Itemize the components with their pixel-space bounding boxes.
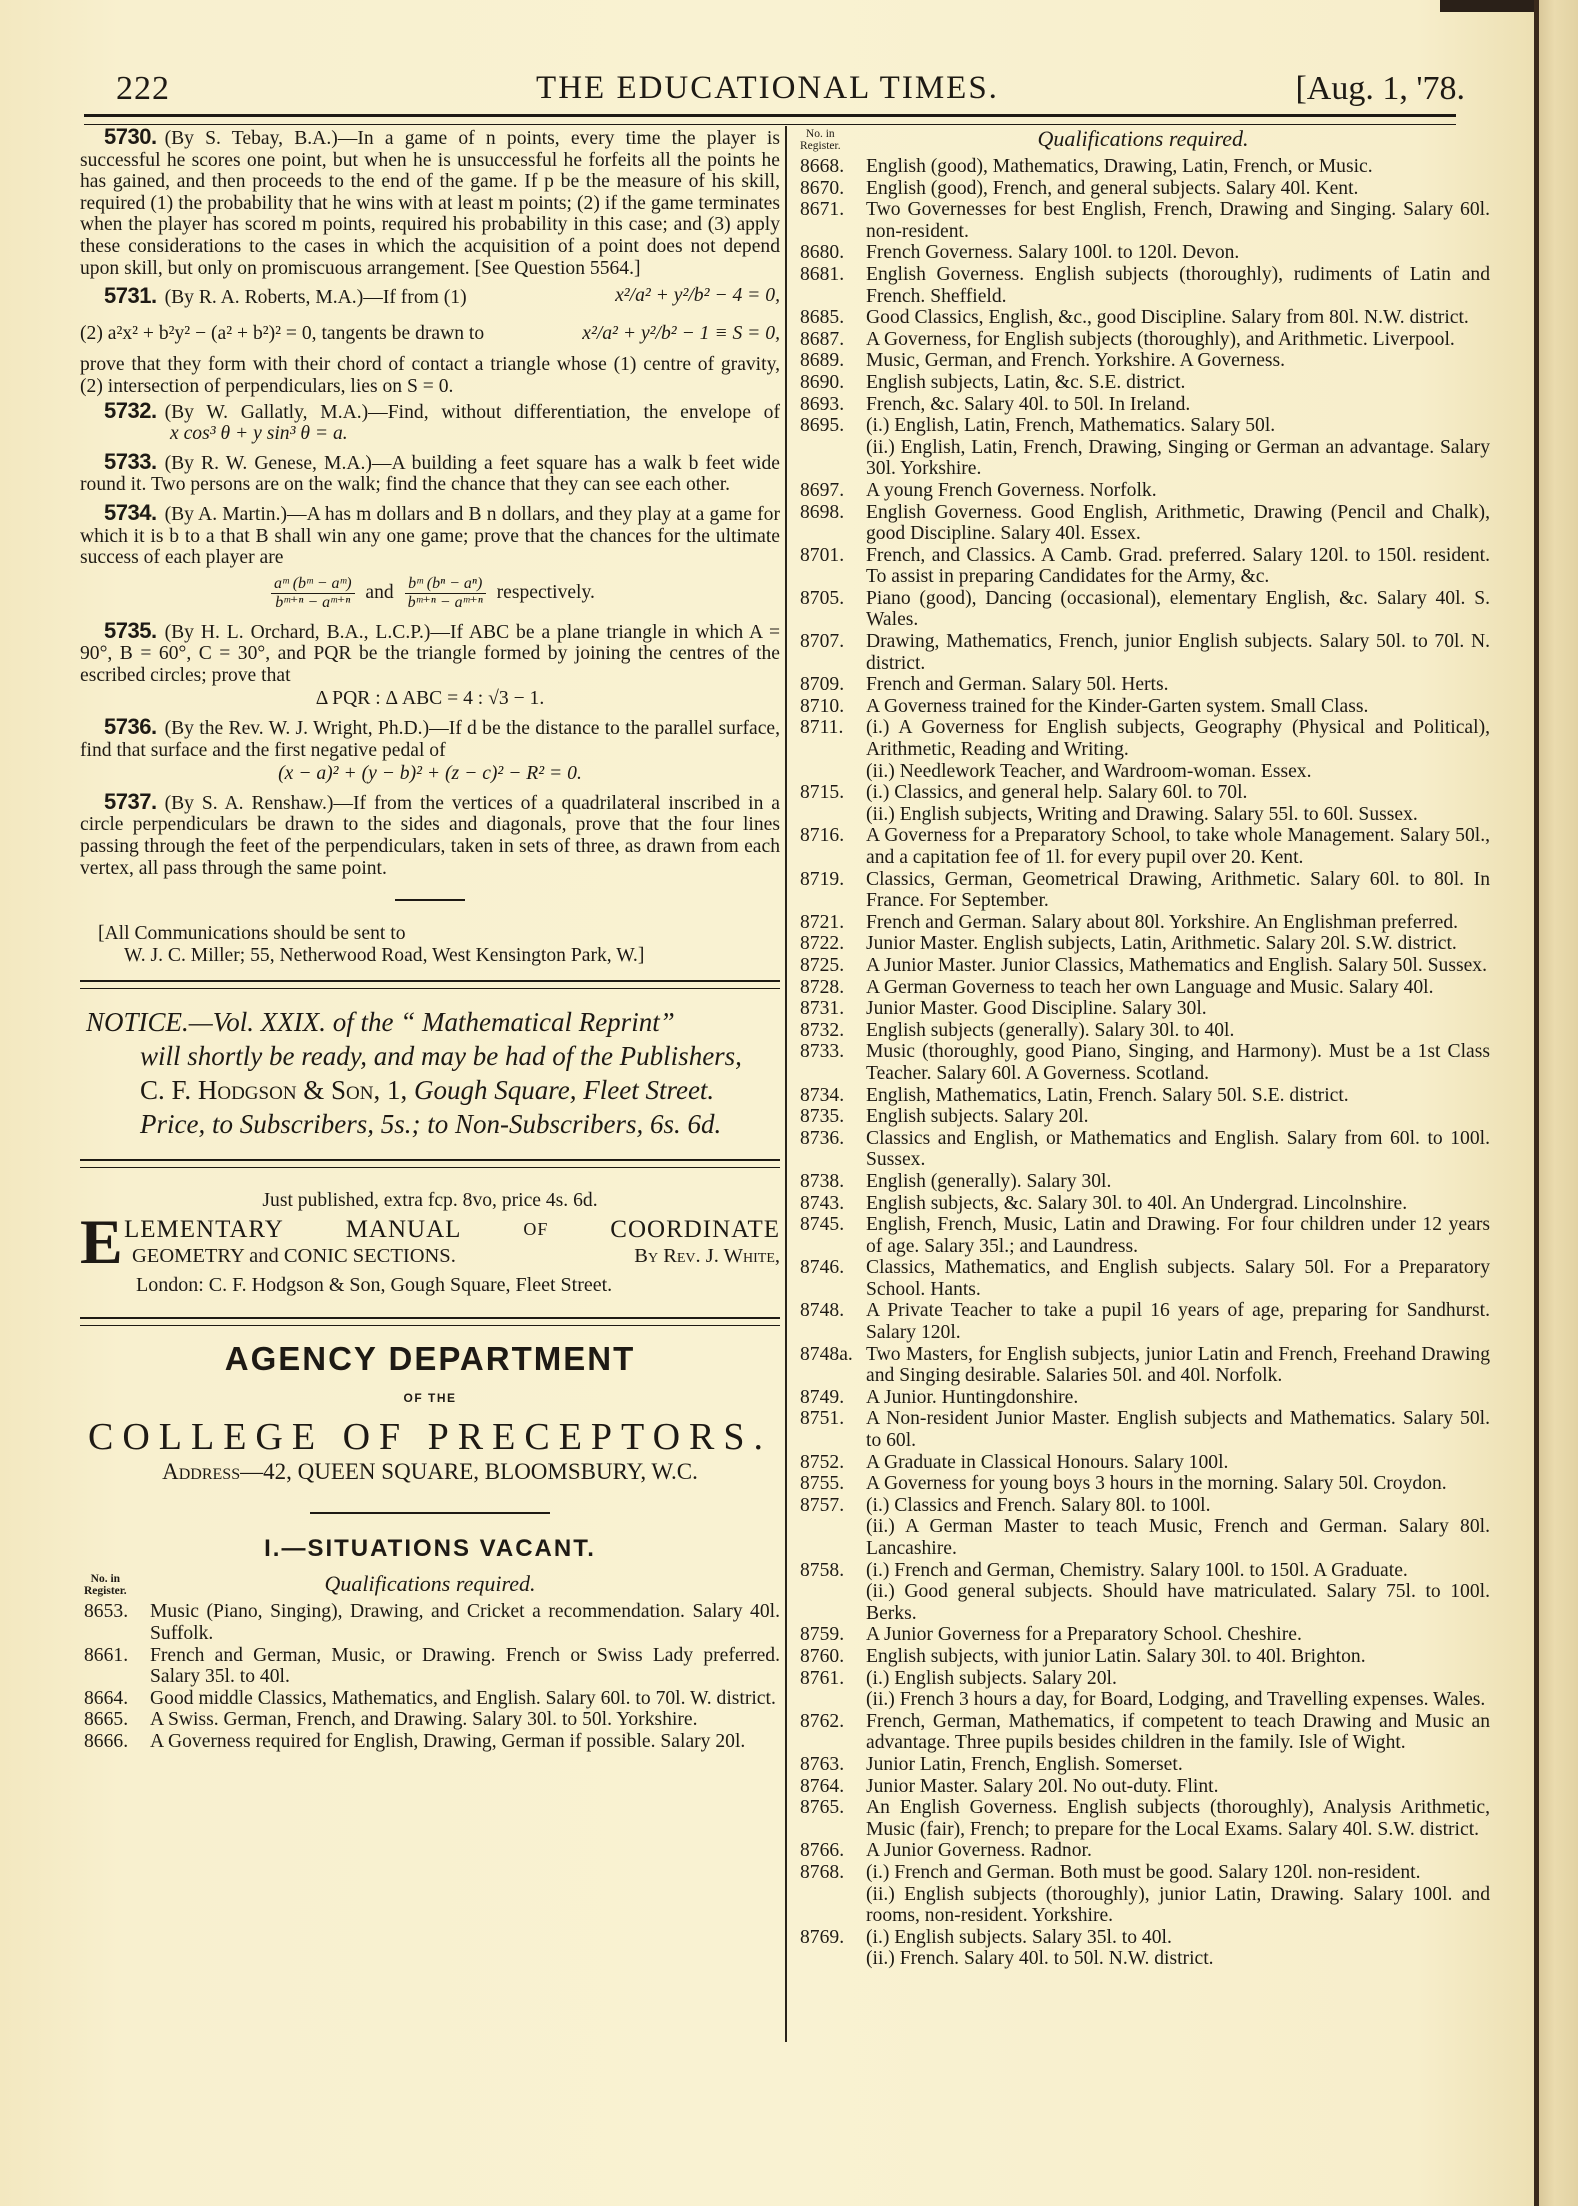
publication-title: THE EDUCATIONAL TIMES. <box>80 70 1455 107</box>
list-item: 8719.Classics, German, Geometrical Drawi… <box>796 869 1490 912</box>
list-item: 8752.A Graduate in Classical Honours. Sa… <box>796 1452 1490 1474</box>
double-rule <box>80 1317 780 1326</box>
list-item: 8661.French and German, Music, or Drawin… <box>80 1645 780 1688</box>
equation: x cos³ θ + y sin³ θ = a. <box>170 423 348 444</box>
question-5736: 5736.(By the Rev. W. J. Wright, Ph.D.)—I… <box>80 716 780 785</box>
equation: (x − a)² + (y − b)² + (z − c)² − R² = 0. <box>80 763 780 785</box>
list-item: 8738.English (generally). Salary 30l. <box>796 1171 1490 1193</box>
list-item: 8748.A Private Teacher to take a pupil 1… <box>796 1300 1490 1343</box>
list-item: 8697.A young French Governess. Norfolk. <box>796 480 1490 502</box>
double-rule <box>80 980 780 989</box>
list-item: 8709.French and German. Salary 50l. Hert… <box>796 674 1490 696</box>
question-5732: 5732.(By W. Gallatly, M.A.)—Find, withou… <box>80 400 780 445</box>
list-item: 8731.Junior Master. Good Discipline. Sal… <box>796 998 1490 1020</box>
list-item: 8665.A Swiss. German, French, and Drawin… <box>80 1709 780 1731</box>
question-5734: 5734.(By A. Martin.)—A has m dollars and… <box>80 502 780 612</box>
adjacent-page-edge <box>1539 0 1578 2206</box>
agency-title: AGENCY DEPARTMENT <box>80 1348 780 1370</box>
question-5735: 5735.(By H. L. Orchard, B.A., L.C.P.)—If… <box>80 620 780 710</box>
notice-block: NOTICE.—Vol. XXIX. of the “ Mathematical… <box>80 1005 780 1141</box>
list-item: 8710.A Governess trained for the Kinder-… <box>796 696 1490 718</box>
list-item: 8715.(i.) Classics, and general help. Sa… <box>796 782 1490 825</box>
list-item: 8761.(i.) English subjects. Salary 20l.(… <box>796 1668 1490 1711</box>
list-item: 8695.(i.) English, Latin, French, Mathem… <box>796 415 1490 480</box>
communications-note: [All Communications should be sent to <box>98 923 780 945</box>
advert-just-published: Just published, extra fcp. 8vo, price 4s… <box>80 1190 780 1212</box>
list-item: 8664.Good middle Classics, Mathematics, … <box>80 1688 780 1710</box>
equation: x²/a² + y²/b² − 1 ≡ S = 0, <box>582 323 780 345</box>
vacancy-list-right: 8668.English (good), Mathematics, Drawin… <box>796 156 1490 1970</box>
list-item: 8687.A Governess, for English subjects (… <box>796 329 1490 351</box>
question-5737: 5737.(By S. A. Renshaw.)—If from the ver… <box>80 791 780 879</box>
list-item: 8711.(i.) A Governess for English subjec… <box>796 717 1490 782</box>
list-item: 8735.English subjects. Salary 20l. <box>796 1106 1490 1128</box>
list-item: 8763.Junior Latin, French, English. Some… <box>796 1754 1490 1776</box>
communications-address: W. J. C. Miller; 55, Netherwood Road, We… <box>124 945 780 967</box>
question-5731: 5731.(By R. A. Roberts, M.A.)—If from (1… <box>80 285 780 397</box>
double-rule <box>80 1159 780 1168</box>
list-item: 8681.English Governess. English subjects… <box>796 264 1490 307</box>
vacancy-list-left: 8653.Music (Piano, Singing), Drawing, an… <box>80 1601 780 1752</box>
list-item: 8698.English Governess. Good English, Ar… <box>796 502 1490 545</box>
list-item: 8769.(i.) English subjects. Salary 35l. … <box>796 1927 1490 1970</box>
agency-of-the: OF THE <box>80 1388 780 1410</box>
list-item: 8707.Drawing, Mathematics, French, junio… <box>796 631 1490 674</box>
list-item: 8734.English, Mathematics, Latin, French… <box>796 1085 1490 1107</box>
list-item: 8689.Music, German, and French. Yorkshir… <box>796 350 1490 372</box>
list-item: 8760.English subjects, with junior Latin… <box>796 1646 1490 1668</box>
equation: aᵐ (bᵐ − aᵐ)bᵐ⁺ⁿ − aᵐ⁺ⁿ and bᵐ (bⁿ − aⁿ)… <box>80 575 780 612</box>
college-address: Address—42, QUEEN SQUARE, BLOOMSBURY, W.… <box>80 1461 780 1483</box>
list-item: 8768.(i.) French and German. Both must b… <box>796 1862 1490 1927</box>
right-column: No. inRegister. Qualifications required.… <box>796 126 1490 1970</box>
column-divider <box>785 126 787 2042</box>
list-item: 8748a.Two Masters, for English subjects,… <box>796 1344 1490 1387</box>
page-header: 222 THE EDUCATIONAL TIMES. [Aug. 1, '78. <box>80 70 1455 110</box>
equation: Δ PQR : Δ ABC = 4 : √3 − 1. <box>80 688 780 710</box>
list-item: 8680.French Governess. Salary 100l. to 1… <box>796 242 1490 264</box>
list-item: 8736.Classics and English, or Mathematic… <box>796 1128 1490 1171</box>
list-item: 8755.A Governess for young boys 3 hours … <box>796 1473 1490 1495</box>
list-item: 8725.A Junior Master. Junior Classics, M… <box>796 955 1490 977</box>
advert-manual: E LEMENTARY MANUAL OF COORDINATE GEOMETR… <box>80 1216 780 1299</box>
list-header: No. inRegister. Qualifications required. <box>80 1571 780 1601</box>
list-item: 8716.A Governess for a Preparatory Schoo… <box>796 825 1490 868</box>
list-item: 8670.English (good), French, and general… <box>796 178 1490 200</box>
list-item: 8668.English (good), Mathematics, Drawin… <box>796 156 1490 178</box>
list-item: 8764.Junior Master. Salary 20l. No out-d… <box>796 1776 1490 1798</box>
list-item: 8732.English subjects (generally). Salar… <box>796 1020 1490 1042</box>
list-item: 8757.(i.) Classics and French. Salary 80… <box>796 1495 1490 1560</box>
section-rule <box>395 899 465 901</box>
list-item: 8690.English subjects, Latin, &c. S.E. d… <box>796 372 1490 394</box>
drop-cap: E <box>80 1214 123 1270</box>
list-header: No. inRegister. Qualifications required. <box>796 126 1490 156</box>
issue-date: [Aug. 1, '78. <box>1295 70 1465 108</box>
left-column: 5730.(By S. Tebay, B.A.)—In a game of n … <box>80 126 780 1753</box>
list-item: 8749.A Junior. Huntingdonshire. <box>796 1387 1490 1409</box>
list-item: 8746.Classics, Mathematics, and English … <box>796 1257 1490 1300</box>
list-item: 8666.A Governess required for English, D… <box>80 1731 780 1753</box>
list-item: 8762.French, German, Mathematics, if com… <box>796 1711 1490 1754</box>
list-item: 8766.A Junior Governess. Radnor. <box>796 1840 1490 1862</box>
list-item: 8728.A German Governess to teach her own… <box>796 977 1490 999</box>
equation: x²/a² + y²/b² − 4 = 0, <box>615 285 780 307</box>
list-item: 8751.A Non-resident Junior Master. Engli… <box>796 1408 1490 1451</box>
section-rule <box>310 1512 550 1514</box>
list-item: 8721.French and German. Salary about 80l… <box>796 912 1490 934</box>
question-5730: 5730.(By S. Tebay, B.A.)—In a game of n … <box>80 126 780 279</box>
list-item: 8685.Good Classics, English, &c., good D… <box>796 307 1490 329</box>
list-item: 8743.English subjects, &c. Salary 30l. t… <box>796 1193 1490 1215</box>
list-item: 8705.Piano (good), Dancing (occasional),… <box>796 588 1490 631</box>
list-item: 8722.Junior Master. English subjects, La… <box>796 933 1490 955</box>
list-item: 8745.English, French, Music, Latin and D… <box>796 1214 1490 1257</box>
college-title: COLLEGE OF PRECEPTORS. <box>80 1427 780 1449</box>
list-item: 8765.An English Governess. English subje… <box>796 1797 1490 1840</box>
list-item: 8653.Music (Piano, Singing), Drawing, an… <box>80 1601 780 1644</box>
section-title: I.—SITUATIONS VACANT. <box>80 1538 780 1560</box>
list-item: 8693.French, &c. Salary 40l. to 50l. In … <box>796 394 1490 416</box>
list-item: 8759.A Junior Governess for a Preparator… <box>796 1624 1490 1646</box>
list-item: 8701.French, and Classics. A Camb. Grad.… <box>796 545 1490 588</box>
list-item: 8733.Music (thoroughly, good Piano, Sing… <box>796 1041 1490 1084</box>
list-item: 8758.(i.) French and German, Chemistry. … <box>796 1560 1490 1625</box>
header-rule <box>84 114 1456 125</box>
question-5733: 5733.(By R. W. Genese, M.A.)—A building … <box>80 451 780 496</box>
list-item: 8671.Two Governesses for best English, F… <box>796 199 1490 242</box>
